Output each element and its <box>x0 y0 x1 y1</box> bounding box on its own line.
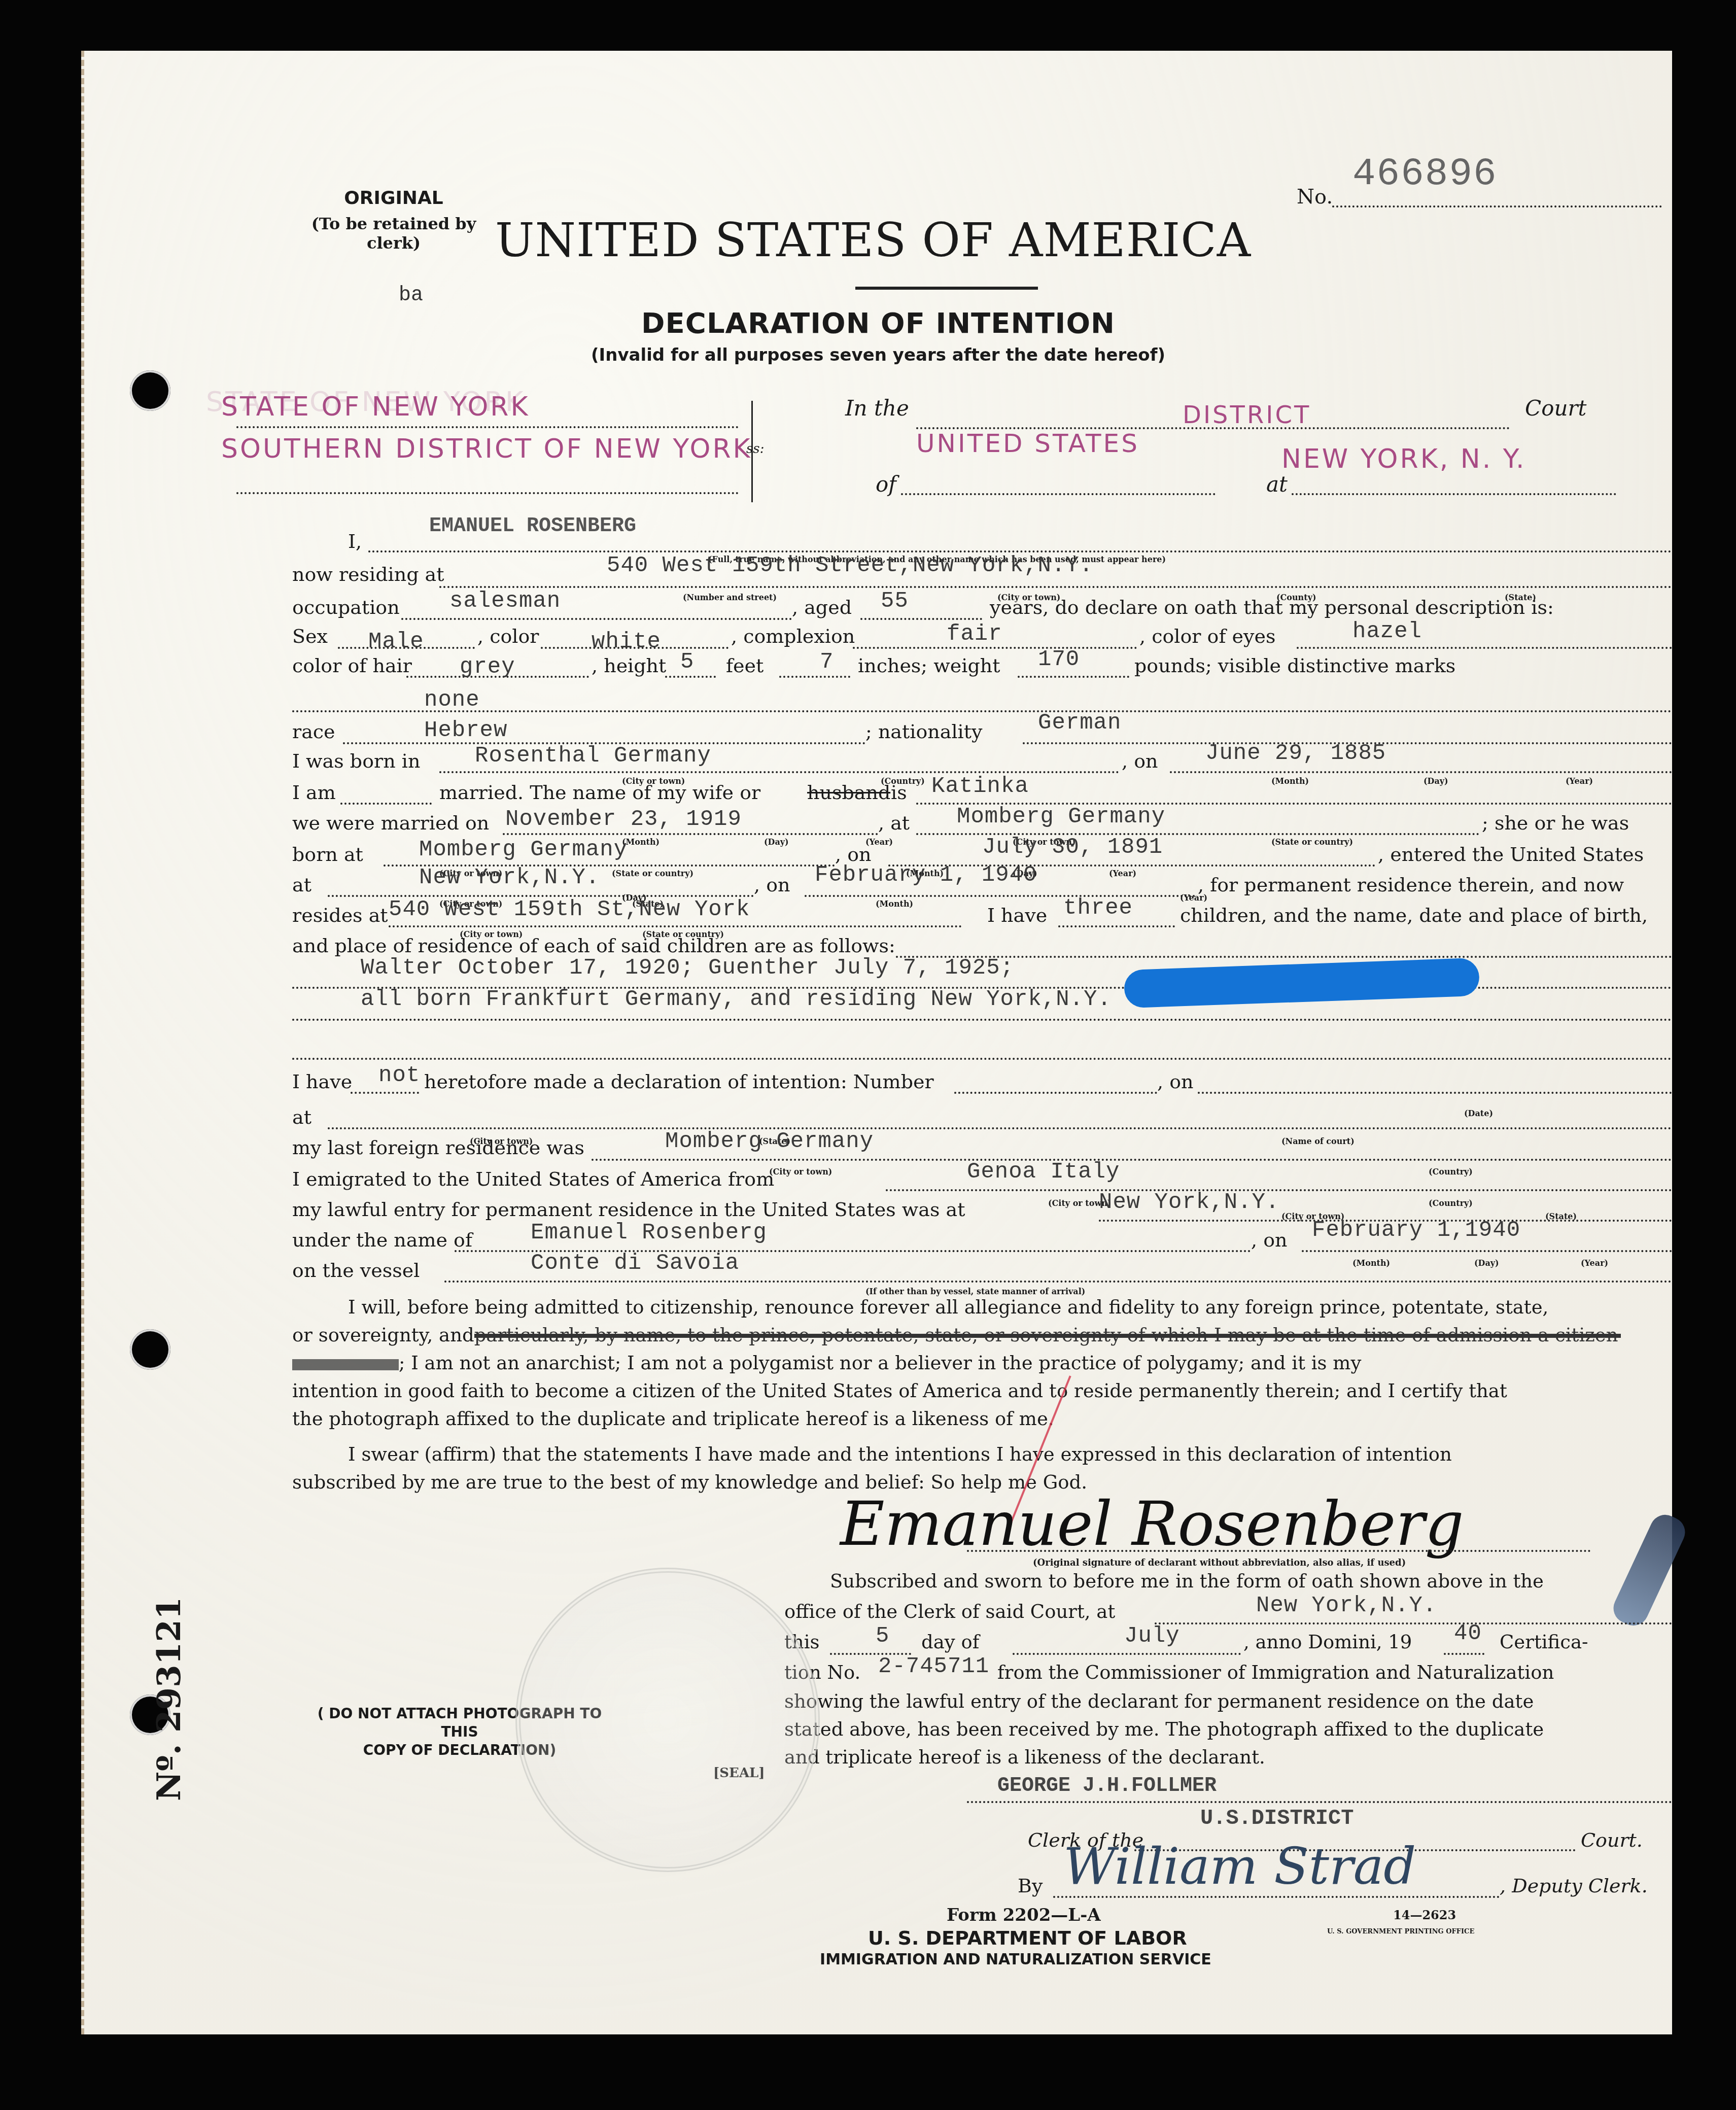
of-label: of <box>876 472 896 497</box>
hint-state-country: (State or country) <box>1271 837 1353 847</box>
document-title: UNITED STATES OF AMERICA <box>495 213 1251 267</box>
district-stamp: SOUTHERN DISTRICT OF NEW YORK <box>221 434 752 464</box>
court-label: Court. <box>1581 1829 1643 1851</box>
hint-day: (Day) <box>764 837 789 847</box>
married-place-value: Momberg Germany <box>957 804 1165 829</box>
hint-city: (City or town) <box>769 1167 832 1177</box>
venue-line <box>1292 493 1616 495</box>
hint-year: (Year) <box>1566 776 1593 786</box>
last-residence-line <box>592 1159 1672 1161</box>
hint-year: (Year) <box>1180 893 1207 903</box>
height-feet-value: 5 <box>680 649 694 675</box>
at-label: , at <box>878 812 910 834</box>
oath-para2-line1: I swear (affirm) that the statements I h… <box>348 1443 1452 1465</box>
clerk-name-line <box>967 1801 1672 1803</box>
hint-year: (Year) <box>1581 1258 1608 1268</box>
i-label: I, <box>348 530 362 552</box>
clerk-initials: ba <box>399 284 423 307</box>
married-date-value: November 23, 1919 <box>505 807 742 832</box>
weight-line <box>1018 676 1129 678</box>
printer-name: U. S. GOVERNMENT PRINTING OFFICE <box>1327 1928 1474 1935</box>
husband-struck: husband <box>807 781 890 804</box>
signature-hint: (Original signature of declarant without… <box>1033 1558 1406 1568</box>
complexion-label: , complexion <box>731 625 855 647</box>
birthdate-value: June 29, 1885 <box>1205 741 1386 766</box>
hint-month: (Month) <box>1352 1258 1390 1268</box>
spouse-entry-date-value: February 1, 1940 <box>815 862 1037 888</box>
vessel-line <box>444 1281 1672 1283</box>
retained-note: (To be retained by clerk) <box>297 214 490 253</box>
hint-state-country: (State or country) <box>612 869 693 878</box>
married-date-line <box>503 833 878 835</box>
embossed-seal <box>515 1568 820 1872</box>
residing-label: now residing at <box>292 563 444 585</box>
title-rule <box>855 287 1038 290</box>
jurat-line1: Subscribed and sworn to before me in the… <box>830 1570 1544 1592</box>
signature-line <box>967 1550 1591 1552</box>
i-am-label: I am <box>292 781 336 804</box>
color-value: white <box>592 629 661 654</box>
nationality-value: German <box>1038 710 1121 736</box>
feet-line <box>665 676 716 678</box>
children-line-1: Walter October 17, 1920; Guenther July 7… <box>361 955 1014 981</box>
ink-stroke <box>1609 1510 1690 1631</box>
spouse-birthplace-value: Momberg Germany <box>419 837 628 862</box>
serial-no-value: 293121 <box>150 1597 188 1733</box>
resides-label: resides at <box>292 904 388 926</box>
inches-label: inches; weight <box>858 654 1000 677</box>
oath-para1-line4: intention in good faith to become a citi… <box>292 1380 1507 1402</box>
race-label: race <box>292 720 335 743</box>
birthplace-value: Rosenthal Germany <box>475 743 711 769</box>
last-residence-value: Momberg Germany <box>665 1129 874 1154</box>
hint-day: (Day) <box>1423 776 1448 786</box>
entry-place-value: New York,N.Y. <box>1099 1190 1279 1215</box>
entry-date-value: February 1,1940 <box>1312 1218 1520 1243</box>
serial-no-label: Nº. <box>150 1744 188 1801</box>
court-label: Court <box>1525 396 1586 421</box>
eyes-label: , color of eyes <box>1139 625 1276 647</box>
anno-label: , anno Domini, 19 <box>1243 1631 1412 1653</box>
height-label: , height <box>592 654 666 677</box>
oath-text: or sovereignty, and <box>292 1324 474 1346</box>
document-page: ORIGINAL (To be retained by clerk) ba No… <box>81 51 1672 2034</box>
entry-date-line <box>1302 1250 1672 1252</box>
by-label: By <box>1018 1875 1043 1897</box>
year-value: 40 <box>1454 1621 1482 1646</box>
punch-hole <box>130 1329 170 1370</box>
prior-at-label: at <box>292 1106 311 1128</box>
redaction-mark <box>1124 958 1480 1008</box>
oath-para1-line1: I will, before being admitted to citizen… <box>348 1296 1548 1318</box>
jurat-line5: stated above, has been received by me. T… <box>784 1718 1544 1740</box>
prior-text: heretofore made a declaration of intenti… <box>424 1070 934 1093</box>
children-count-line <box>1058 925 1175 927</box>
complexion-line <box>853 647 1137 649</box>
spouse-name-value: Katinka <box>931 774 1029 799</box>
hint-vessel: (If other than by vessel, state manner o… <box>865 1287 1085 1296</box>
oath-para1-line3: ; I am not an anarchist; I am not a poly… <box>292 1352 1361 1374</box>
hint-year: (Year) <box>1109 869 1136 878</box>
day-value: 5 <box>876 1623 889 1649</box>
declarant-name: EMANUEL ROSENBERG <box>429 515 636 538</box>
prior-date-line <box>1198 1092 1672 1094</box>
marks-line <box>292 710 1672 712</box>
oath-para1-line5: the photograph affixed to the duplicate … <box>292 1408 1054 1430</box>
not-line <box>351 1092 419 1094</box>
hair-value: grey <box>460 654 515 680</box>
retained-note-line-1: (To be retained by <box>297 214 490 233</box>
court-type-stamp: DISTRICT <box>1183 401 1311 429</box>
blank-line <box>292 1058 1672 1060</box>
eyes-value: hazel <box>1352 619 1422 644</box>
occupation-line <box>401 618 792 620</box>
feet-label: feet <box>726 654 763 677</box>
at-label: at <box>1266 472 1288 497</box>
married-text: married. The name of my wife or <box>439 781 760 804</box>
cert-no-value: 2-745711 <box>878 1654 989 1679</box>
spouse-residence-value: 540 West 159th St,New York <box>389 897 750 922</box>
prior-on-label: , on <box>1157 1070 1194 1093</box>
name-line <box>368 550 1672 552</box>
perm-text: , for permanent residence therein, and n… <box>1198 874 1624 896</box>
aged-label: , aged <box>792 596 852 618</box>
born-label: I was born in <box>292 750 420 772</box>
state-stamp: STATE OF NEW YORK <box>221 392 530 422</box>
department-name: U. S. DEPARTMENT OF LABOR <box>868 1927 1187 1949</box>
emigrated-label: I emigrated to the United States of Amer… <box>292 1168 774 1190</box>
children-line <box>292 1019 1672 1021</box>
oath-text: years, do declare on oath that my person… <box>990 596 1554 618</box>
emigrated-value: Genoa Italy <box>967 1159 1120 1185</box>
weight-value: 170 <box>1038 647 1080 672</box>
residence-line <box>439 586 1672 588</box>
entered-text: , entered the United States <box>1378 843 1644 866</box>
oath-para1-line2: or sovereignty, andparticularly, by name… <box>292 1324 1621 1346</box>
sex-value: Male <box>368 629 424 654</box>
struck-clause: particularly, by name, to the prince, po… <box>474 1324 1621 1346</box>
children-intro: and place of residence of each of said c… <box>292 935 895 957</box>
spouse-entry-place-value: New York,N.Y. <box>419 865 600 890</box>
hint-state: (State) <box>1545 1212 1577 1221</box>
children-text: children, and the name, date and place o… <box>1180 904 1648 926</box>
month-value: July <box>1124 1623 1180 1649</box>
hint-number-street: (Number and street) <box>683 593 777 602</box>
form-number: Form 2202—L-A <box>947 1905 1101 1925</box>
married-on-label: we were married on <box>292 812 489 834</box>
office-place-value: New York,N.Y. <box>1256 1593 1437 1618</box>
service-name: IMMIGRATION AND NATURALIZATION SERVICE <box>820 1951 1211 1968</box>
from-text: from the Commissioner of Immigration and… <box>997 1662 1554 1683</box>
hint-country: (Country) <box>1429 1198 1473 1208</box>
cert-label: Certifica- <box>1500 1631 1588 1653</box>
eyes-line <box>1297 647 1672 649</box>
children-count-value: three <box>1063 895 1133 921</box>
vessel-value: Conte di Savoia <box>531 1251 739 1276</box>
ss-label: ss: <box>746 441 764 457</box>
age-value: 55 <box>881 589 909 614</box>
court-name-value: U.S.DISTRICT <box>1200 1806 1353 1830</box>
deputy-label: , Deputy Clerk. <box>1500 1875 1648 1897</box>
print-code: 14—2623 <box>1393 1908 1456 1922</box>
hint-country: (Country) <box>1429 1167 1473 1177</box>
she-or-he-text: ; she or he was <box>1482 812 1629 834</box>
doc-number: 466896 <box>1352 152 1498 196</box>
prior-i-have-label: I have <box>292 1070 352 1093</box>
entry-label: my lawful entry for permanent residence … <box>292 1198 965 1221</box>
office-line <box>1155 1622 1672 1624</box>
deputy-signature: William Strad <box>1063 1837 1416 1896</box>
original-label: ORIGINAL <box>318 188 470 209</box>
at2-label: at <box>292 874 311 896</box>
year-line <box>1444 1653 1484 1655</box>
under-name-label: under the name of <box>292 1229 472 1251</box>
age-line <box>860 618 982 620</box>
venue-line <box>236 492 739 494</box>
validity-note: (Invalid for all purposes seven years af… <box>84 345 1672 365</box>
court-of-stamp: UNITED STATES <box>916 429 1139 458</box>
spouse-residence-line <box>389 925 962 927</box>
residence-value: 540 West 159th Street,New York,N.Y. <box>607 553 1093 578</box>
inches-line <box>779 676 850 678</box>
complexion-value: fair <box>947 621 1002 647</box>
hint-month: (Month) <box>876 899 913 909</box>
vessel-label: on the vessel <box>292 1259 420 1282</box>
sex-label: Sex <box>292 625 328 647</box>
clerk-name-value: GEORGE J.H.FOLLMER <box>997 1775 1217 1797</box>
occupation-value: salesman <box>449 589 561 614</box>
birthplace-line <box>439 771 1119 773</box>
prior-number-line <box>954 1092 1157 1094</box>
day-of-label: day of <box>921 1631 979 1653</box>
spouse-birthdate-value: July 30, 1891 <box>982 835 1163 860</box>
nationality-label: ; nationality <box>865 720 983 743</box>
children-line-2: all born Frankfurt Germany, and residing… <box>361 987 1112 1012</box>
venue-line <box>901 493 1216 495</box>
document-subtitle: DECLARATION OF INTENTION <box>84 307 1672 340</box>
birthdate-line <box>1170 771 1672 773</box>
declarant-signature: Emanuel Rosenberg <box>840 1489 1464 1560</box>
prior-court-line <box>328 1127 1672 1129</box>
struck-clause-end <box>292 1359 399 1370</box>
on-label: , on <box>1122 750 1158 772</box>
last-residence-label: my last foreign residence was <box>292 1136 584 1159</box>
month-line <box>1013 1653 1241 1655</box>
jurat-line6: and triplicate hereof is a likeness of t… <box>784 1746 1265 1768</box>
on2-label: , on <box>754 874 790 896</box>
pounds-label: pounds; visible distinctive marks <box>1134 654 1455 677</box>
serial-number: Nº. 293121 <box>150 1597 188 1801</box>
entry-name-value: Emanuel Rosenberg <box>531 1220 767 1246</box>
punch-hole <box>130 370 170 411</box>
height-inches-value: 7 <box>820 649 834 675</box>
doc-number-line <box>1332 205 1662 207</box>
hint-day: (Day) <box>622 893 647 903</box>
occupation-label: occupation <box>292 596 400 618</box>
office-label: office of the Clerk of said Court, at <box>784 1601 1115 1622</box>
spouse-entry-date-line <box>805 895 1195 897</box>
jurat-line4: showing the lawful entry of the declaran… <box>784 1690 1534 1712</box>
marks-value: none <box>424 687 480 713</box>
married-line <box>340 803 432 805</box>
court-at-stamp: NEW YORK, N. Y. <box>1281 444 1526 474</box>
in-the-label: In the <box>845 396 909 421</box>
race-value: Hebrew <box>424 718 507 743</box>
color-label: , color <box>477 625 539 647</box>
hint-day: (Day) <box>1474 1258 1499 1268</box>
retained-note-line-2: clerk) <box>297 233 490 253</box>
born-at-label: born at <box>292 843 363 866</box>
not-value: not <box>378 1063 420 1088</box>
hint-date: (Date) <box>1464 1109 1493 1118</box>
hint-month: (Month) <box>1271 776 1309 786</box>
hint-city: (City or town) <box>1281 1212 1344 1221</box>
deputy-line <box>1053 1896 1500 1898</box>
hint-name-of-court: (Name of court) <box>1281 1136 1355 1146</box>
doc-number-label: No. <box>1297 185 1333 209</box>
i-have-label: I have <box>987 904 1047 926</box>
hair-label: color of hair <box>292 654 412 677</box>
oath-text: ; I am not an anarchist; I am not a poly… <box>399 1352 1361 1374</box>
on-label: , on <box>1251 1229 1288 1251</box>
is-label: is <box>891 781 907 804</box>
venue-line <box>236 426 739 428</box>
hint-month: (Month) <box>622 837 659 847</box>
